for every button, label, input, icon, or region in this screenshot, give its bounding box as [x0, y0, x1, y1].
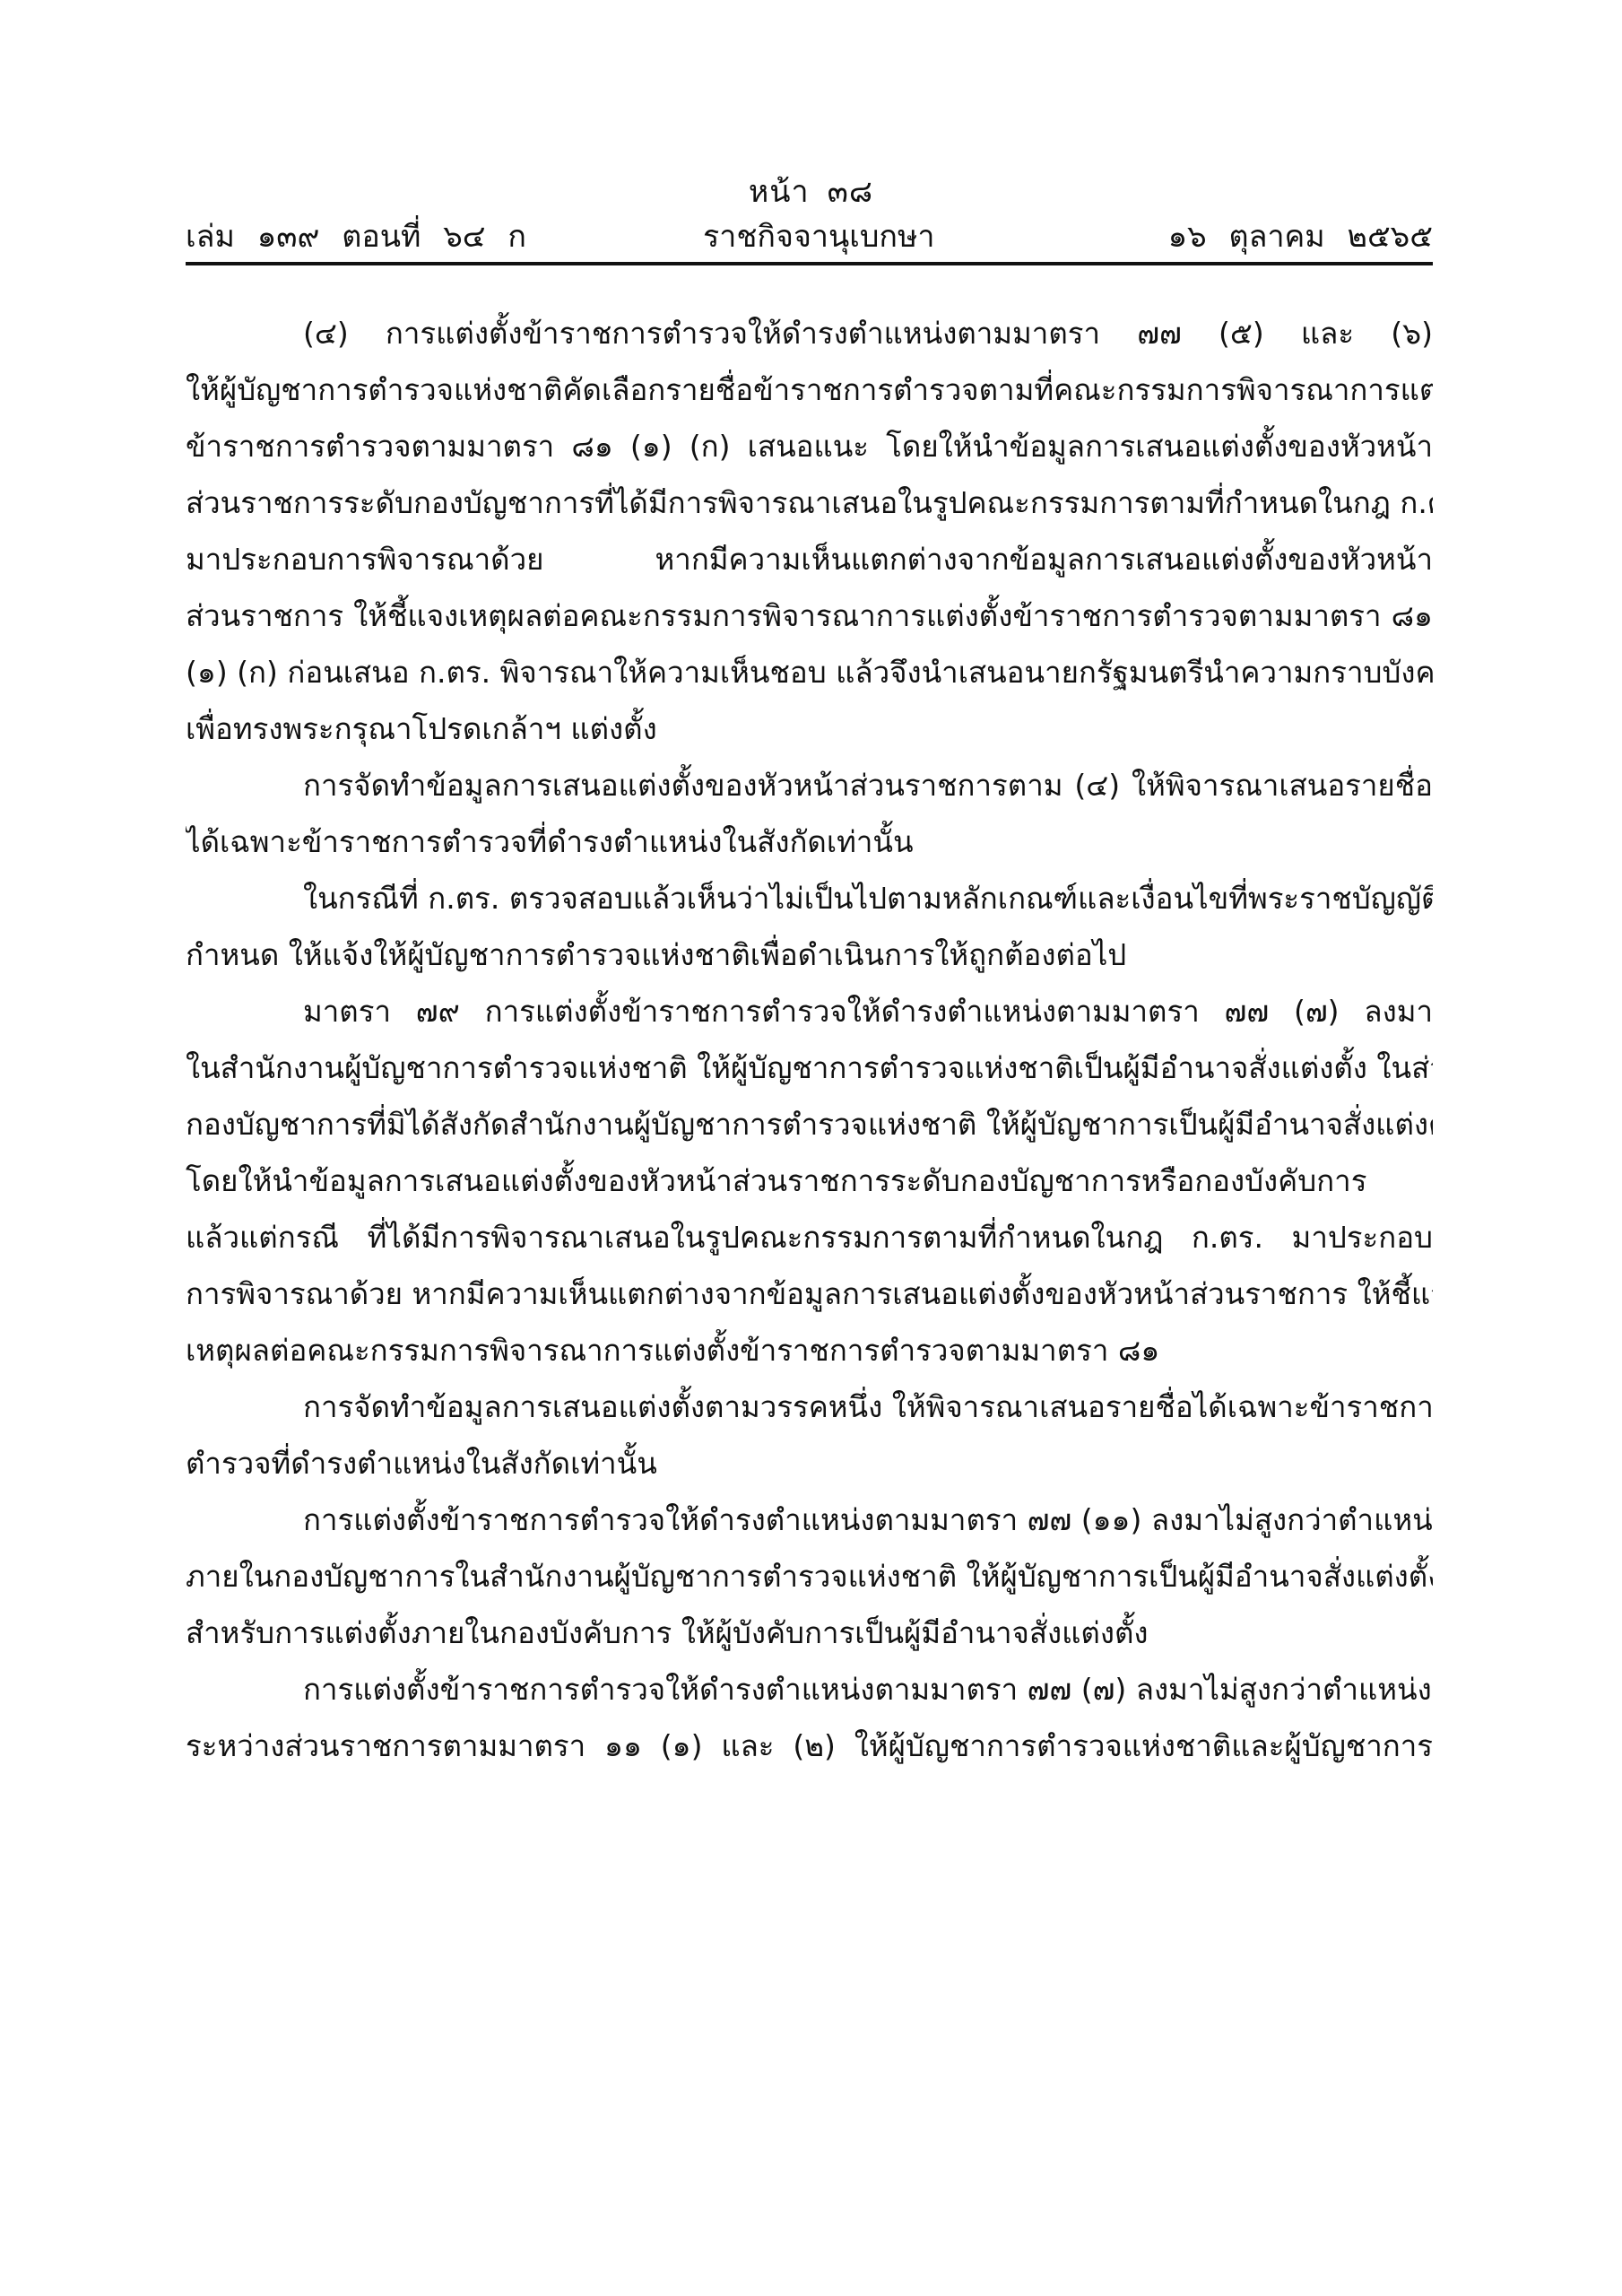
text-line: เหตุผลต่อคณะกรรมการพิจารณาการแต่งตั้งข้า… — [186, 1322, 1433, 1378]
text-line: กำหนด ให้แจ้งให้ผู้บัญชาการตำรวจแห่งชาติ… — [186, 926, 1433, 983]
text-line: การแต่งตั้งข้าราชการตำรวจให้ดำรงตำแหน่งต… — [186, 1492, 1433, 1548]
text-line: การจัดทำข้อมูลการเสนอแต่งตั้งตามวรรคหนึ่… — [186, 1378, 1433, 1435]
text-line: (๑) (ก) ก่อนเสนอ ก.ตร. พิจารณาให้ความเห็… — [186, 644, 1433, 700]
text-line: การจัดทำข้อมูลการเสนอแต่งตั้งของหัวหน้าส… — [186, 757, 1433, 813]
text-line: การพิจารณาด้วย หากมีความเห็นแตกต่างจากข้… — [186, 1265, 1433, 1322]
volume-label: เล่ม — [186, 219, 235, 255]
text-line: ให้ผู้บัญชาการตำรวจแห่งชาติคัดเลือกรายชื… — [186, 361, 1433, 418]
date-day: ๑๖ — [1168, 219, 1207, 255]
text-line: กองบัญชาการที่มิได้สังกัดสำนักงานผู้บัญช… — [186, 1096, 1433, 1152]
publication-title: ราชกิจจานุเบกษา — [703, 212, 935, 260]
text-line: มาตรา ๗๙ การแต่งตั้งข้าราชการตำรวจให้ดำร… — [186, 983, 1433, 1039]
issue-section: ก — [507, 219, 526, 255]
text-line: ได้เฉพาะข้าราชการตำรวจที่ดำรงตำแหน่งในสั… — [186, 813, 1433, 870]
text-line: แล้วแต่กรณี ที่ได้มีการพิจารณาเสนอในรูปค… — [186, 1209, 1433, 1265]
running-header: เล่ม ๑๓๙ ตอนที่ ๖๔ ก ราชกิจจานุเบกษา ๑๖ … — [186, 212, 1433, 255]
volume-number: ๑๓๙ — [257, 219, 320, 255]
text-line: ตำรวจที่ดำรงตำแหน่งในสังกัดเท่านั้น — [186, 1435, 1433, 1492]
body-text: (๔) การแต่งตั้งข้าราชการตำรวจให้ดำรงตำแห… — [186, 305, 1433, 1774]
text-line: เพื่อทรงพระกรุณาโปรดเกล้าฯ แต่งตั้ง — [186, 700, 1433, 757]
page-number-value: ๓๘ — [828, 174, 873, 210]
header-rule — [186, 262, 1433, 265]
publication-date: ๑๖ ตุลาคม ๒๕๖๕ — [1168, 212, 1433, 260]
text-line: โดยให้นำข้อมูลการเสนอแต่งตั้งของหัวหน้าส… — [186, 1152, 1433, 1209]
text-line: ข้าราชการตำรวจตามมาตรา ๘๑ (๑) (ก) เสนอแน… — [186, 418, 1433, 474]
document-page: หน้า๓๘ เล่ม ๑๓๙ ตอนที่ ๖๔ ก ราชกิจจานุเบ… — [0, 0, 1622, 2296]
volume-issue: เล่ม ๑๓๙ ตอนที่ ๖๔ ก — [186, 212, 526, 260]
text-line: (๔) การแต่งตั้งข้าราชการตำรวจให้ดำรงตำแห… — [186, 305, 1433, 361]
issue-number: ๖๔ — [443, 219, 485, 255]
text-line: ภายในกองบัญชาการในสำนักงานผู้บัญชาการตำร… — [186, 1548, 1433, 1605]
text-line: ส่วนราชการระดับกองบัญชาการที่ได้มีการพิจ… — [186, 474, 1433, 531]
page-number: หน้า๓๘ — [0, 167, 1622, 215]
text-line: ระหว่างส่วนราชการตามมาตรา ๑๑ (๑) และ (๒)… — [186, 1718, 1433, 1774]
text-line: การแต่งตั้งข้าราชการตำรวจให้ดำรงตำแหน่งต… — [186, 1661, 1433, 1718]
text-line: ในกรณีที่ ก.ตร. ตรวจสอบแล้วเห็นว่าไม่เป็… — [186, 870, 1433, 926]
text-line: ส่วนราชการ ให้ชี้แจงเหตุผลต่อคณะกรรมการพ… — [186, 587, 1433, 644]
date-month: ตุลาคม — [1229, 219, 1325, 255]
text-line: ในสำนักงานผู้บัญชาการตำรวจแห่งชาติ ให้ผู… — [186, 1039, 1433, 1096]
text-line: สำหรับการแต่งตั้งภายในกองบังคับการ ให้ผู… — [186, 1605, 1433, 1661]
text-line: มาประกอบการพิจารณาด้วย หากมีความเห็นแตกต… — [186, 531, 1433, 587]
date-year: ๒๕๖๕ — [1348, 219, 1433, 255]
page-label: หน้า — [749, 174, 810, 210]
issue-label: ตอนที่ — [342, 219, 421, 255]
